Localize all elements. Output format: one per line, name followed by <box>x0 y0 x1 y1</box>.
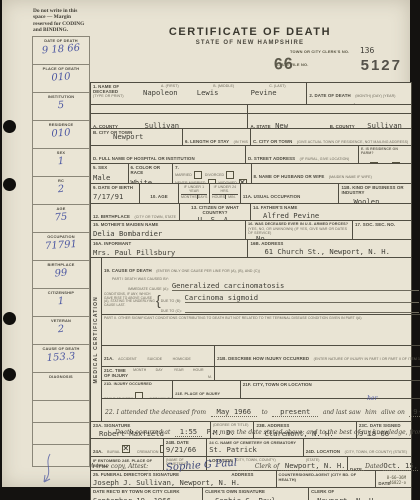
clerk-no-label: TOWN OR CITY CLERK'S NO. <box>290 49 349 54</box>
margin-box-occupation: OCCUPATION 71791 <box>32 232 90 261</box>
attest-date-value: Oct. 15, <box>383 461 418 471</box>
field-label: 21F. CITY, TOWN OR LOCATION <box>243 382 420 397</box>
attended-alive-text: alive on <box>381 409 405 416</box>
degree-label: (DEGREE OR TITLE) <box>213 423 251 427</box>
field-father-name: 14. FATHER'S NAME Alfred Pevine <box>251 204 411 220</box>
field-label: 16A. INFORMANT <box>93 241 245 246</box>
field-label: 21E. PLACE OF INJURY <box>175 392 220 396</box>
cause-c-value <box>185 312 419 313</box>
clerk-no-value: 136 <box>360 46 374 55</box>
cremation-label: CREMATION <box>137 450 159 454</box>
margin-box-label: DIAGNOSIS <box>33 373 89 379</box>
attended-from-value: May 1966 <box>211 407 258 417</box>
sex-value: Male <box>93 173 126 182</box>
informant-value: Mrs. Paul Pillsbury <box>93 248 245 257</box>
middle-name-value: Lewis <box>197 88 251 97</box>
field-label: 7. <box>175 165 179 170</box>
field-label: DATE REC'D BY TOWN OR CITY CLERK <box>93 489 200 494</box>
while-at-work-label: WHILE AT WORK <box>104 397 133 398</box>
month-label: MONTH <box>130 368 150 379</box>
accident-label: ACCIDENT <box>118 357 137 361</box>
margin-box-citizenship: CITIZENSHIP 1 <box>32 288 90 317</box>
field-label: 19. CAUSE OF DEATH <box>104 268 152 273</box>
margin-box-value: 1 <box>33 154 90 169</box>
cause-b-value: Carcinoma sigmoid <box>185 293 419 303</box>
father-name-value: Alfred Pevine <box>263 211 409 220</box>
field-label: 10. AGE <box>150 194 167 199</box>
field-sublabel: (MONTH) (DAY) (YEAR) <box>355 94 395 98</box>
scanned-death-certificate: Do not write in this space — Margin rese… <box>0 0 420 500</box>
field-label: 17. SOC. SEC. NO. <box>355 222 409 227</box>
field-under-24-hrs: IF UNDER 24 HRS. HOURS MIN. <box>210 184 241 203</box>
field-label: 15. MOTHER'S MAIDEN NAME <box>93 222 243 227</box>
margin-box-sex: SEX 1 <box>32 148 90 177</box>
cemetery-name-value: St. Patrick <box>209 445 300 454</box>
field-birthplace: 12. BIRTHPLACE (CITY OR TOWN, STATE OR F… <box>91 204 180 220</box>
field-soc-sec-no: 17. SOC. SEC. NO. <box>353 221 411 239</box>
field-date-received: DATE REC'D BY TOWN OR CITY CLERK Septemb… <box>91 488 203 500</box>
field-age: 10. AGE (IN YEARS LAST BIRTHDAY) 75 <box>140 184 179 203</box>
attended-pre-text: 22. I attended the deceased from <box>105 409 206 416</box>
margin-box-rc: RC 2 <box>32 176 90 205</box>
field-marital-status: 7. MARRIED DIVORCED NEVER MARRIED WIDOWE… <box>173 164 251 183</box>
section-place-of-death: 3. PLACE OF DEATH <box>91 105 248 113</box>
day-label: DAY <box>150 368 170 379</box>
certificate-paper: Do not write in this space — Margin rese… <box>2 0 410 487</box>
field-label: 2. DATE OF DEATH <box>309 93 350 98</box>
field-name-of-deceased: 1. NAME OF DECEASED (TYPE OR PRINT) A. (… <box>91 83 307 104</box>
field-label: CLERK'S OWN SIGNATURE <box>205 489 306 494</box>
attest-place-value: Newport, N. H. <box>281 461 350 471</box>
field-usual-occupation: 11A. USUAL OCCUPATION (KIND OF WORK DONE… <box>241 184 340 203</box>
funeral-director-value: Joseph J. Sullivan, Newport, N. H. <box>93 478 274 487</box>
field-length-of-stay: 6. LENGTH OF STAY (IN THIS PLACE) 65 yrs… <box>183 129 251 145</box>
field-pod-city: B. CITY OR TOWN Newport <box>91 129 183 145</box>
attended-mid-text: and last saw <box>323 409 361 416</box>
field-date-signed: 23C. DATE SIGNED 9-18-66 <box>357 422 411 438</box>
field-res-state-county: A. STATE New Hampshire B. COUNTY Sulliva… <box>248 114 411 128</box>
field-sex: 5. SEX Male <box>91 164 129 183</box>
clerk-of-value: Newport, N. H. <box>317 496 409 500</box>
field-injury-location: 21F. CITY, TOWN OR LOCATION COUNTY STATE <box>241 381 420 398</box>
margin-box-birthplace: BIRTHPLACE 99 <box>32 260 90 289</box>
date-signed-value: 9-18-66 <box>359 429 409 438</box>
field-physician-address: 23B. ADDRESS Claremont, N. H. <box>254 422 356 438</box>
field-sublabel: (IF RURAL, GIVE LOCATION) <box>300 157 350 161</box>
field-label: E. IS RESIDENCE ON FARM? <box>361 147 409 155</box>
handwritten-her: her <box>367 395 377 402</box>
field-mother-maiden-name: 15. MOTHER'S MAIDEN NAME Delia Bombardie… <box>91 221 246 239</box>
field-informant-address: 16B. ADDRESS 61 Church St., Newport, N. … <box>248 240 411 257</box>
field-under-1-year: IF UNDER 1 YEAR MONTHS DAYS <box>179 184 210 203</box>
margin-box-cause-of-death: CAUSE OF DEATH 153.3 <box>32 344 90 373</box>
margin-box-value: 1 <box>33 294 90 309</box>
margin-box-value: 010 <box>33 70 90 85</box>
field-degree: (DEGREE OR TITLE) M. D. <box>211 422 254 438</box>
hour-label: HOUR <box>189 368 209 379</box>
year-label: YEAR <box>169 368 189 379</box>
margin-box-residence: RESIDENCE 010 <box>32 120 90 149</box>
field-label: A. COUNTY <box>93 124 118 128</box>
field-accident-suicide-homicide: 21A. ACCIDENT SUICIDE HOMICIDE <box>102 346 215 366</box>
physician-address-value: Claremont, N. H. <box>264 429 353 438</box>
min-label: MIN. <box>226 195 238 199</box>
field-label: 6. COLOR OR RACE <box>131 165 171 175</box>
field-label: CLERK OF <box>311 489 409 494</box>
disposition-date-value: 9/21/66 <box>166 445 204 454</box>
medical-certification-band: MEDICAL CERTIFICATION <box>91 258 102 421</box>
date-of-death-value: September 18, 1966 <box>327 102 409 104</box>
while-at-work-checkbox <box>135 392 143 398</box>
margin-box-value: 010 <box>33 126 90 141</box>
margin-box-value: 99 <box>33 266 90 281</box>
margin-box-blank <box>32 400 90 423</box>
field-place-of-injury: 21E. PLACE OF INJURY (E. G., IN OR ABOUT… <box>173 381 241 398</box>
widowed-label: WIDOWED <box>219 181 237 183</box>
field-sublabel: (CITY, TOWN, OR COUNTY) (STATE) <box>345 450 407 454</box>
margin-box-value: 2 <box>33 182 90 197</box>
hole-punch <box>3 120 16 133</box>
field-street-address: D. STREET ADDRESS (IF RURAL, GIVE LOCATI… <box>246 146 359 163</box>
field-sublabel: (MAIDEN NAME IF WIFE) <box>329 175 372 179</box>
field-funeral-director: 25. FUNERAL DIRECTOR'S SIGNATURE ADDRESS… <box>91 471 277 487</box>
field-label: 11A. USUAL OCCUPATION <box>243 194 300 199</box>
field-label: 5. SEX <box>93 165 126 170</box>
business-value: Woolen <box>353 197 409 203</box>
field-cemetery-location: 24D. LOCATION (CITY, TOWN, OR COUNTY) (S… <box>304 439 411 456</box>
field-sublabel: (ENTER NATURE OF INJURY IN PART I OR PAR… <box>314 357 420 361</box>
field-time-of-injury: 21C. TIME OF INJURY MONTH DAY YEAR HOUR … <box>102 367 215 380</box>
burial-label: BURIAL <box>107 450 120 454</box>
margin-box-value: 71791 <box>33 238 90 253</box>
widowed-checkbox <box>239 179 247 183</box>
field-label: B. COUNTY <box>330 124 355 128</box>
field-pod-county: A. COUNTY Sullivan <box>91 114 248 128</box>
never-married-label: NEVER MARRIED <box>175 181 205 183</box>
pod-county-value: Sullivan <box>145 121 180 128</box>
due-to-b-label: DUE TO (B): <box>161 299 182 303</box>
degree-value: M. D. <box>213 428 251 437</box>
field-label: D. FULL NAME OF HOSPITAL OR INSTITUTION <box>93 156 195 161</box>
conditions-note: CONDITIONS, IF ANY, WHICH GAVE RISE TO A… <box>104 293 156 313</box>
field-label: IF UNDER 1 YEAR <box>181 185 207 193</box>
field-describe-injury: 21B. DESCRIBE HOW INJURY OCCURRED (ENTER… <box>215 346 420 366</box>
field-label: 24A. <box>93 449 103 454</box>
married-label: MARRIED <box>175 173 192 177</box>
margin-box-age: AGE 75 <box>32 204 90 233</box>
medical-certification-label: MEDICAL CERTIFICATION <box>93 296 99 384</box>
attended-him-word: him <box>365 409 376 416</box>
field-label: 16B. ADDRESS <box>250 241 409 246</box>
days-label: DAYS <box>198 195 208 199</box>
coding-margin: Do not write in this space — Margin rese… <box>32 6 90 467</box>
months-label: MONTHS <box>181 195 198 199</box>
cause-a-value: Generalized carcinomatosis <box>172 281 419 291</box>
margin-box-value: 75 <box>33 210 90 225</box>
field-label: 11B. KIND OF BUSINESS OR INDUSTRY <box>341 185 409 195</box>
attest-pre-text: A true copy, Attest: <box>90 463 148 470</box>
margin-box-diagnosis: DIAGNOSIS <box>32 372 90 401</box>
date-received-value: September 19, 1966 <box>93 496 200 500</box>
field-kind-of-business: 11B. KIND OF BUSINESS OR INDUSTRY Woolen <box>339 184 411 203</box>
field-label: 21A. <box>104 356 114 361</box>
field-label: 21C. TIME OF INJURY <box>104 368 130 379</box>
race-value: White <box>131 178 171 183</box>
margin-box-value: 153.3 <box>33 350 90 365</box>
field-label: 23A. SIGNATURE <box>93 423 208 428</box>
address-label: ADDRESS <box>231 472 253 477</box>
field-clerk-signature: CLERK'S OWN SIGNATURE Sophie G. Paul <box>203 488 309 500</box>
attest-line: A true copy, Attest: Sophie G Paul Clerk… <box>90 460 410 471</box>
attended-to-value: present <box>272 407 318 417</box>
hole-punch <box>3 368 16 381</box>
immediate-cause-label: IMMEDIATE CAUSE (A): <box>128 287 169 291</box>
first-name-value: Napoleon <box>143 88 197 97</box>
attest-clerk-of-text: Clerk of <box>255 463 279 470</box>
page-title: CERTIFICATE OF DEATH <box>90 26 410 38</box>
physician-signature-value: Robert Maxfield <box>99 429 208 438</box>
margin-box-value: 9 18 66 <box>33 42 90 57</box>
margin-box-date-of-death: DATE OF DEATH 9 18 66 <box>32 36 90 65</box>
never-married-checkbox <box>208 179 216 183</box>
field-label: 1. NAME OF DECEASED <box>93 84 143 94</box>
field-physician-signature: 23A. SIGNATURE Robert Maxfield <box>91 422 211 438</box>
field-label: 24D. LOCATION <box>306 449 340 454</box>
field-citizen-country: 13. CITIZEN OF WHAT COUNTRY? U. S. A. <box>180 204 251 220</box>
margin-box-blank <box>32 422 90 445</box>
field-date-of-birth: 9. DATE OF BIRTH 7/17/91 <box>91 184 140 203</box>
print-code: 8-66—36M 46822-o <box>387 476 406 485</box>
clerk-signature-value: Sophie G. Paul <box>215 496 306 500</box>
field-label: 8. NAME OF HUSBAND OR WIFE <box>254 174 325 179</box>
field-label: 13. CITIZEN OF WHAT COUNTRY? <box>182 205 248 215</box>
field-clerk-of: CLERK OF Newport, N. H. <box>309 488 411 500</box>
field-label: 23C. DATE SIGNED <box>359 423 409 428</box>
field-residence-on-farm: E. IS RESIDENCE ON FARM? YES NO <box>359 146 411 163</box>
res-county-value: Sullivan <box>367 121 402 128</box>
field-color-or-race: 6. COLOR OR RACE White <box>129 164 174 183</box>
field-label: 9. DATE OF BIRTH <box>93 185 137 190</box>
handwritten-arrow-mark <box>34 452 64 488</box>
field-label: 14. FATHER'S NAME <box>253 205 409 210</box>
field-cemetery-name: 24 C. NAME OF CEMETERY OR CREMATORY St. … <box>207 439 303 456</box>
field-label: IF UNDER 24 HRS. <box>212 185 238 193</box>
farm-no-checkbox <box>392 162 400 163</box>
state-file-block: STATE FILE NO. 66 5127 <box>274 56 404 76</box>
margin-box-place-of-death: PLACE OF DEATH 010 <box>32 64 90 93</box>
farm-yes-checkbox <box>370 162 378 163</box>
field-label: COUNTERSIGNED-AGENT (CITY BD. OF HEALTH) <box>279 472 374 482</box>
field-cause-of-death: 19. CAUSE OF DEATH (ENTER ONLY ONE CAUSE… <box>102 258 420 346</box>
field-injury-occurred: 21D. INJURY OCCURRED WHILE AT WORK NOT W… <box>102 381 173 398</box>
certificate-main: CERTIFICATE OF DEATH STATE OF NEW HAMPSH… <box>90 0 410 487</box>
field-hospital: D. FULL NAME OF HOSPITAL OR INSTITUTION … <box>91 146 246 163</box>
hole-punch <box>3 178 16 191</box>
field-armed-forces: 16. WAS DECEASED EVER IN U.S. ARMED FORC… <box>246 221 353 239</box>
field-label: 6. LENGTH OF STAY <box>185 139 229 144</box>
field-countersigned-agent: COUNTERSIGNED-AGENT (CITY BD. OF HEALTH) <box>277 471 377 487</box>
field-date-of-death: 2. DATE OF DEATH (MONTH) (DAY) (YEAR) Se… <box>307 83 411 104</box>
field-label: 23B. ADDRESS <box>256 423 353 428</box>
field-disposition: 24A. BURIAL CREMATION ENTOMBMENT REMOVAL <box>91 439 164 456</box>
print-code-line2: 46822-o <box>387 481 406 486</box>
m-label: M. <box>208 375 212 379</box>
date-of-birth-value: 7/17/91 <box>93 192 137 201</box>
citizen-value: U. S. A. <box>182 215 248 220</box>
last-seen-date-value: 9-18-66 <box>409 407 420 417</box>
margin-box-value: 2 <box>33 322 90 337</box>
field-informant: 16A. INFORMANT Mrs. Paul Pillsbury <box>91 240 248 257</box>
form-grid: 1. NAME OF DECEASED (TYPE OR PRINT) A. (… <box>90 82 412 500</box>
field-disposition-date: 24B. DATE 9/21/66 <box>164 439 207 456</box>
margin-box-veteran: VETERAN 2 <box>32 316 90 345</box>
field-label: 12. BIRTHPLACE <box>93 214 130 219</box>
field-sublabel: (TYPE OR PRINT) <box>93 94 143 98</box>
field-label: 21B. DESCRIBE HOW INJURY OCCURRED <box>217 356 309 361</box>
divorced-label: DIVORCED <box>205 173 224 177</box>
field-sublabel: (GIVE ACTUAL TOWN OF RESIDENCE, NOT MAIL… <box>297 140 408 144</box>
suicide-label: SUICIDE <box>147 357 162 361</box>
divorced-checkbox <box>226 171 234 179</box>
informant-address-value: 61 Church St., Newport, N. H. <box>264 247 409 256</box>
mother-name-value: Delia Bombardier <box>93 229 243 238</box>
margin-box-value: 5 <box>33 98 90 113</box>
married-checkbox <box>194 171 202 179</box>
pod-city-value: Newport <box>113 132 180 141</box>
field-label: D. STREET ADDRESS <box>248 156 295 161</box>
year-stamp: 66 <box>274 56 294 75</box>
field-husband-or-wife: 8. NAME OF HUSBAND OR WIFE (MAIDEN NAME … <box>252 164 411 183</box>
hours-label: HOURS <box>212 195 226 199</box>
field-label: A. STATE <box>250 124 270 128</box>
last-name-value: Pevine <box>251 88 305 97</box>
not-while-at-work-label: NOT WHILE AT WORK <box>150 397 174 398</box>
burial-checkbox <box>122 445 130 453</box>
homicide-label: HOMICIDE <box>173 357 191 361</box>
due-to-c-label: DUE TO (C): <box>161 309 182 313</box>
section-usual-residence: 4. USUAL RESIDENCE (WHERE DECEASED LIVED… <box>248 105 411 113</box>
field-sublabel: (ENTER ONLY ONE CAUSE PER LINE FOR (A), … <box>156 269 260 273</box>
attended-to-word: to <box>262 409 268 416</box>
field-injury-blank <box>215 367 420 380</box>
margin-box-institution: INSTITUTION 5 <box>32 92 90 121</box>
field-label: C. CITY OR TOWN <box>253 139 292 144</box>
state-file-number: 5127 <box>361 57 402 74</box>
field-label: 25. FUNERAL DIRECTOR'S SIGNATURE <box>93 472 231 477</box>
field-res-city: C. CITY OR TOWN (GIVE ACTUAL TOWN OF RES… <box>251 129 411 145</box>
hole-punch <box>3 312 16 325</box>
attest-dated-text: Dated <box>365 463 383 470</box>
field-attended-statement: 22. I attended the deceased from May 196… <box>102 399 420 421</box>
margin-note: Do not write in this space — Margin rese… <box>32 6 90 37</box>
